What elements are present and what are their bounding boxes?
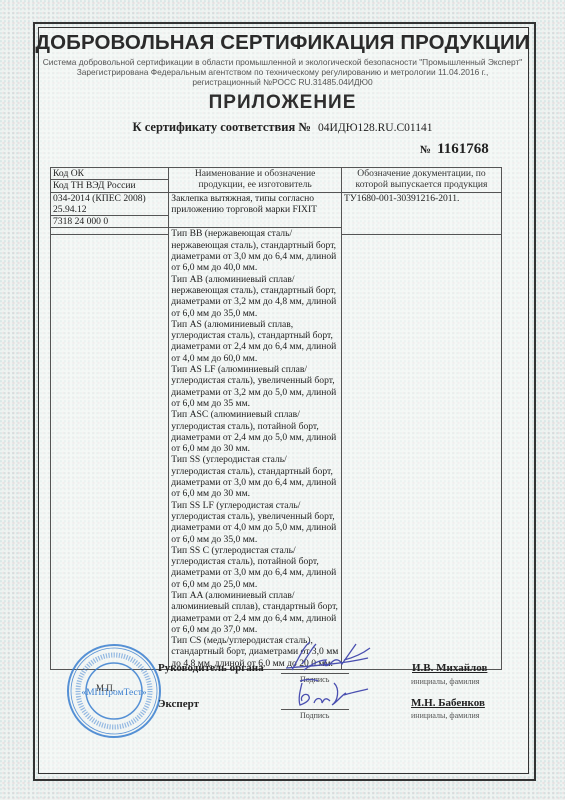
product-types-cell: Тип BB (нержавеющая сталь/нержавеющая ст… <box>169 228 342 670</box>
header-documentation: Обозначение документации, по которой вып… <box>342 168 502 193</box>
certificate-reference: К сертификату соответствия № 04ИДЮ128.RU… <box>0 120 565 135</box>
head-name-caption: инициалы, фамилия <box>411 677 479 686</box>
head-role-label: Руководитель органа <box>158 662 264 674</box>
product-intro: Заклепка вытяжная, типы согласно приложе… <box>169 192 342 228</box>
product-types-list: Тип BB (нержавеющая сталь/нержавеющая ст… <box>171 228 339 669</box>
number-sign: № <box>420 144 431 156</box>
empty-code-cell <box>51 228 169 235</box>
product-type-entry: Тип SS (углеродистая сталь/углеродистая … <box>171 454 339 499</box>
product-type-entry: Тип SS C (углеродистая сталь/углеродиста… <box>171 545 339 590</box>
head-signature-line <box>281 673 349 674</box>
header-product: Наименование и обозначение продукции, ее… <box>169 168 342 193</box>
form-number-value: 1161768 <box>437 141 489 157</box>
product-type-entry: Тип AB (алюминиевый сплав/нержавеющая ст… <box>171 274 339 319</box>
expert-signature <box>290 675 370 711</box>
form-number: №1161768 <box>420 141 489 158</box>
code-ok-cell: 034-2014 (КПЕС 2008) 25.94.12 <box>51 192 169 216</box>
tn-code-value: 7318 24 000 0 <box>51 216 169 228</box>
certification-system-line: Система добровольной сертификации в обла… <box>0 57 565 67</box>
product-type-entry: Тип AS LF (алюминиевый сплав/углеродиста… <box>171 364 339 409</box>
registration-line: Зарегистрирована Федеральным агентством … <box>0 67 565 77</box>
header-code-tn: Код ТН ВЭД России <box>51 180 169 192</box>
expert-name-caption: инициалы, фамилия <box>411 711 479 720</box>
empty-doc-cell <box>342 235 502 670</box>
registration-number: регистрационный №РОСС RU.31485.04ИДЮ0 <box>0 77 565 87</box>
head-signature <box>282 638 372 678</box>
expert-role-label: Эксперт <box>158 698 199 710</box>
document-title: ДОБРОВОЛЬНАЯ СЕРТИФИКАЦИЯ ПРОДУКЦИИ <box>0 31 565 55</box>
product-type-entry: Тип ASC (алюминиевый сплав/углеродистая … <box>171 409 339 454</box>
ok-classifier: 034-2014 (КПЕС 2008) <box>53 193 166 204</box>
ok-code-value: 25.94.12 <box>53 204 166 215</box>
empty-code-cell <box>51 235 169 670</box>
mp-label: М.П. <box>96 683 115 693</box>
expert-signature-line <box>281 709 349 710</box>
product-type-entry: Тип AS (алюминиевый сплав, углеродистая … <box>171 319 339 364</box>
head-name: И.В. Михайлов <box>412 662 487 674</box>
products-table: Код ОК Наименование и обозначение продук… <box>50 167 502 670</box>
product-type-entry: Тип AA (алюминиевый сплав/алюминиевый сп… <box>171 590 339 635</box>
expert-name: М.Н. Бабенков <box>411 697 485 709</box>
header-code-ok: Код ОК <box>51 168 169 180</box>
documentation-value: ТУ1680-001-30391216-2011. <box>342 192 502 235</box>
appendix-heading: ПРИЛОЖЕНИЕ <box>0 92 565 114</box>
certificate-number: 04ИДЮ128.RU.C01141 <box>318 122 432 134</box>
product-type-entry: Тип SS LF (углеродистая сталь/углеродист… <box>171 500 339 545</box>
product-type-entry: Тип BB (нержавеющая сталь/нержавеющая ст… <box>171 228 339 273</box>
expert-signature-caption: Подпись <box>300 711 329 720</box>
certificate-label: К сертификату соответствия № <box>133 120 311 134</box>
